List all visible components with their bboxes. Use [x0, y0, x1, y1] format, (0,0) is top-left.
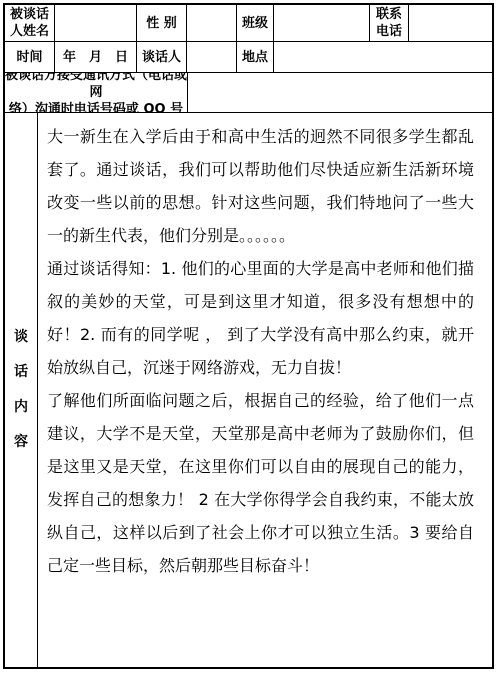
contact-phone-field[interactable]	[409, 5, 492, 41]
row-conversation-content: 谈话内容 大一新生在入学后由于和高中生活的迥然不同很多学生都乱套了。通过谈话，我…	[5, 113, 492, 667]
interview-record-table: 被谈话 人姓名 性 别 班级 联系 电话 时间 年 月 日 谈话人 地点 被谈话…	[3, 3, 494, 669]
interviewee-name-field[interactable]	[55, 5, 137, 41]
content-paragraph: 大一新生在入学后由于和高中生活的迥然不同很多学生都乱套了。通过谈话，我们可以帮助…	[47, 120, 474, 252]
class-field[interactable]	[274, 5, 370, 41]
contact-method-field[interactable]	[188, 73, 492, 112]
conversation-content-area: 大一新生在入学后由于和高中生活的迥然不同很多学生都乱套了。通过谈话，我们可以帮助…	[38, 113, 492, 667]
time-label: 时间	[5, 42, 55, 72]
contact-phone-label: 联系 电话	[370, 5, 409, 41]
content-paragraph: 了解他们所面临问题之后，根据自己的经验，给了他们一点建议，大学不是天堂，天堂那是…	[47, 384, 474, 582]
gender-label: 性 别	[137, 5, 187, 41]
date-field[interactable]: 年 月 日	[55, 42, 137, 72]
gender-field[interactable]	[187, 5, 237, 41]
row-time: 时间 年 月 日 谈话人 地点	[5, 42, 492, 73]
location-field[interactable]	[274, 42, 492, 72]
row-contact-method: 被谈话方接受通讯方式（电话或网 络）沟通时电话号码或 QQ 号	[5, 73, 492, 113]
location-label: 地点	[237, 42, 274, 72]
content-paragraph: 通过谈话得知：1. 他们的心里面的大学是高中老师和他们描叙的美妙的天堂，可是到这…	[47, 252, 474, 384]
class-label: 班级	[237, 5, 274, 41]
form-sheet: 被谈话 人姓名 性 别 班级 联系 电话 时间 年 月 日 谈话人 地点 被谈话…	[0, 0, 496, 675]
conversation-content-label: 谈话内容	[14, 320, 28, 460]
interviewee-name-label: 被谈话 人姓名	[5, 5, 55, 41]
row-interviewee: 被谈话 人姓名 性 别 班级 联系 电话	[5, 5, 492, 42]
contact-method-label: 被谈话方接受通讯方式（电话或网 络）沟通时电话号码或 QQ 号	[5, 73, 188, 112]
interviewer-label: 谈话人	[137, 42, 187, 72]
conversation-content-label-cell: 谈话内容	[5, 113, 38, 667]
interviewer-field[interactable]	[187, 42, 237, 72]
